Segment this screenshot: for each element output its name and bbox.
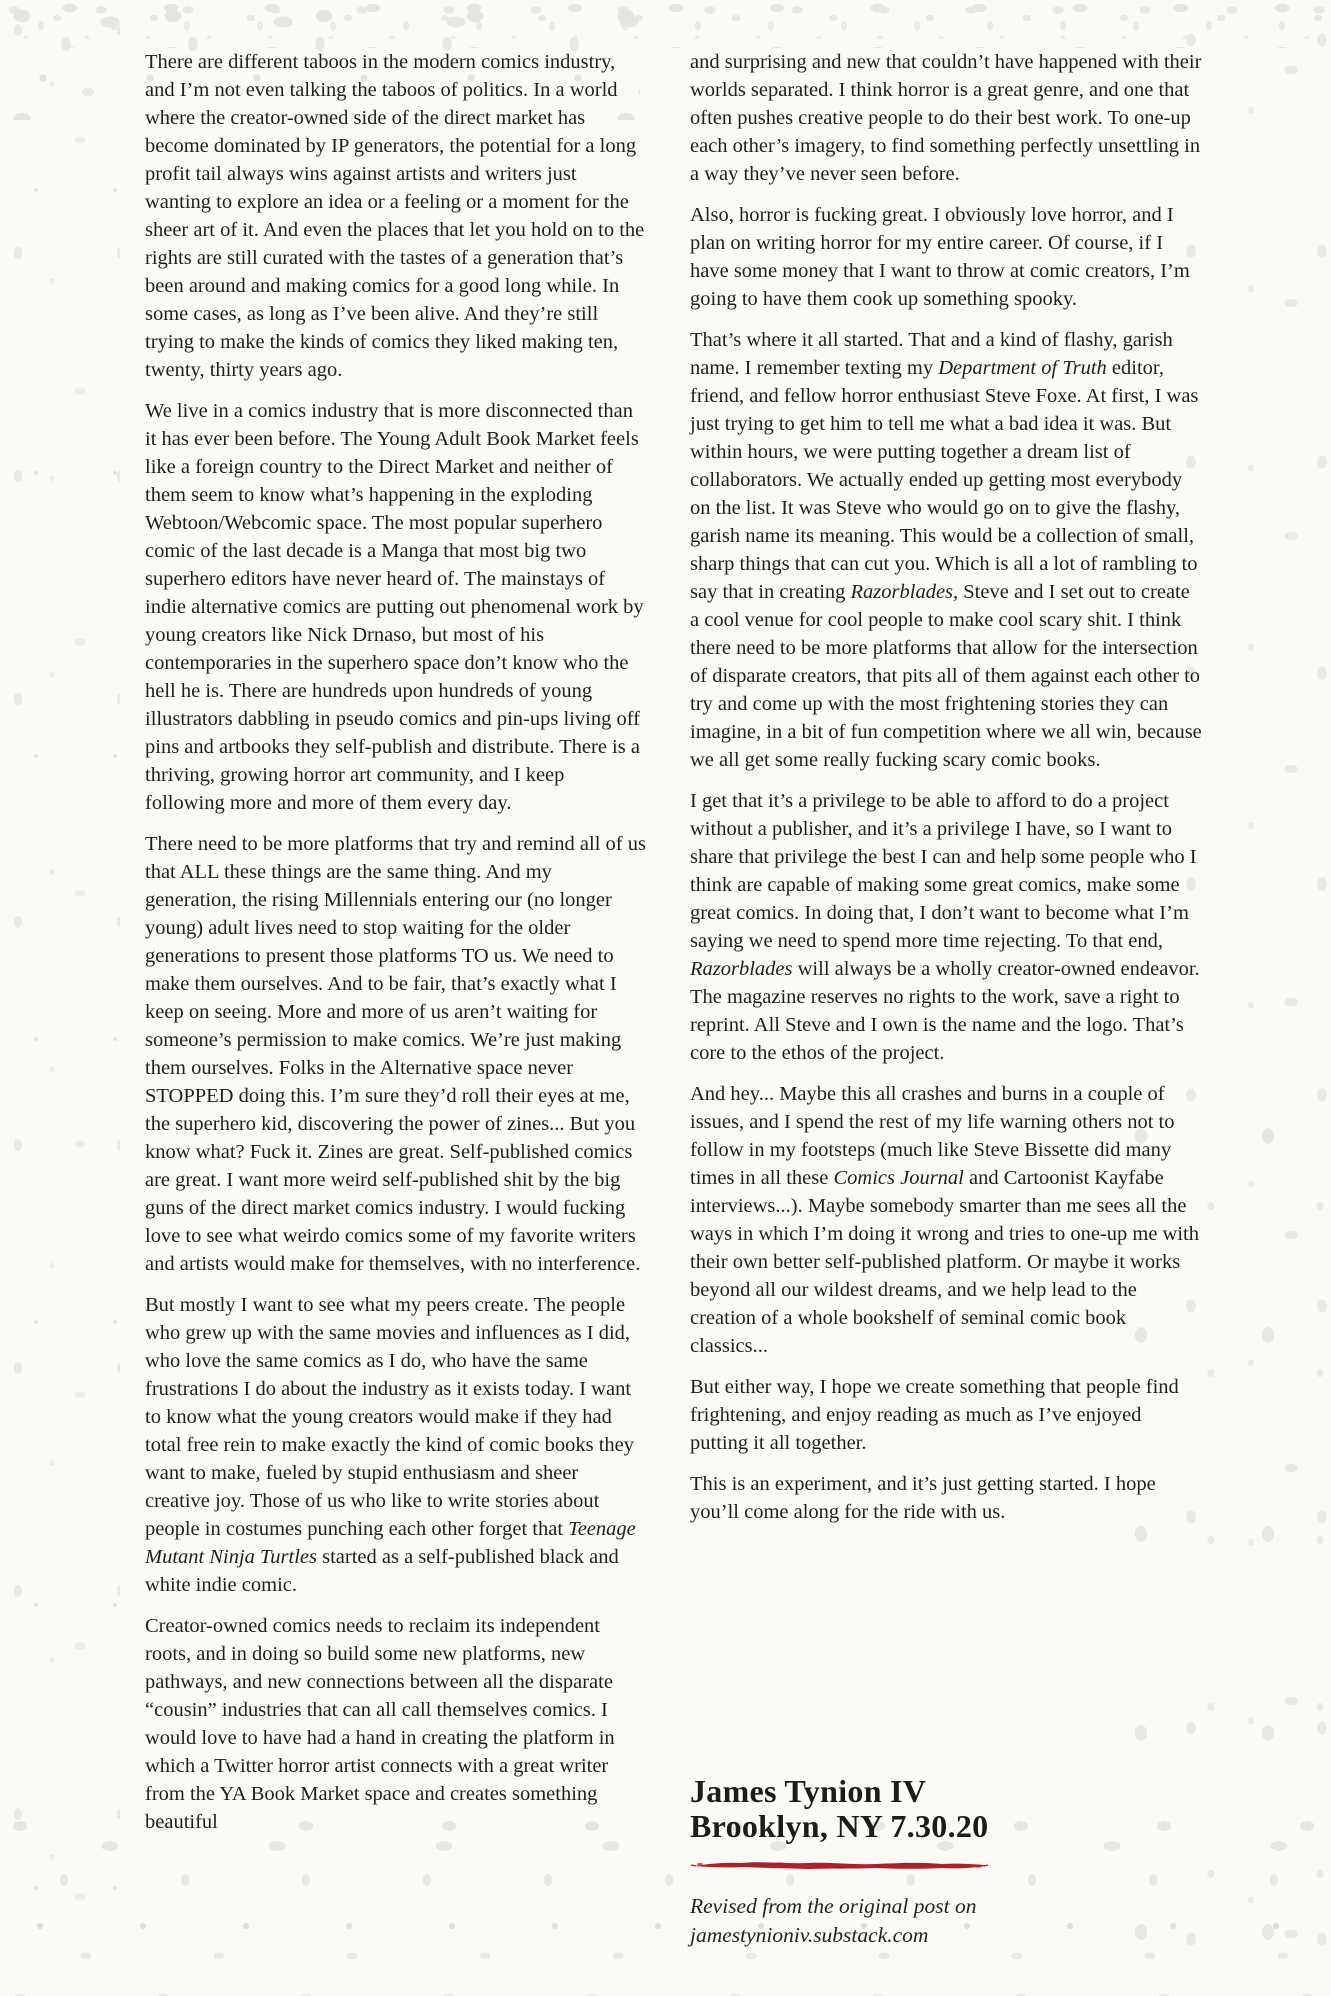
paragraph: But either way, I hope we create somethi… [690,1373,1204,1457]
body-text: and Cartoonist Kayfabe interviews...). M… [690,1167,1199,1357]
body-text: This is an experiment, and it’s just get… [690,1473,1156,1523]
body-text: and surprising and new that couldn’t hav… [690,51,1201,185]
paragraph: Creator-owned comics needs to reclaim it… [145,1612,647,1836]
body-text: There are different taboos in the modern… [145,51,644,381]
italic-text: Department of Truth [938,357,1107,379]
body-text: editor, friend, and fellow horror enthus… [690,357,1198,603]
paper-texture-top-edge [0,0,1331,48]
paragraph: and surprising and new that couldn’t hav… [690,48,1204,188]
italic-text: Razorblades [690,958,793,980]
body-text: There need to be more platforms that try… [145,833,646,1275]
paragraph: Also, horror is fucking great. I obvious… [690,201,1204,313]
body-text: We live in a comics industry that is mor… [145,400,644,814]
red-brush-underline [690,1856,990,1874]
body-text: Creator-owned comics needs to reclaim it… [145,1615,615,1833]
paragraph: That’s where it all started. That and a … [690,326,1204,774]
italic-text: Comics Journal [833,1167,963,1189]
credit-note: Revised from the original post on jamest… [690,1892,1210,1950]
paragraph: There need to be more platforms that try… [145,830,647,1278]
body-text: Also, horror is fucking great. I obvious… [690,204,1190,310]
left-column: There are different taboos in the modern… [145,48,647,1849]
paragraph: This is an experiment, and it’s just get… [690,1470,1204,1526]
body-text: I get that it’s a privilege to be able t… [690,790,1197,952]
paragraph: We live in a comics industry that is mor… [145,397,647,817]
body-text: , Steve and I set out to create a cool v… [690,581,1202,771]
credit-line-1: Revised from the original post on [690,1892,1210,1921]
italic-text: Razorblades [851,581,954,603]
author-name: James Tynion IV [690,1774,1210,1809]
printed-page: There are different taboos in the modern… [0,0,1331,1996]
body-text: But either way, I hope we create somethi… [690,1376,1179,1454]
paper-texture-left-edge [0,0,120,1996]
body-text: But mostly I want to see what my peers c… [145,1294,634,1540]
right-column: and surprising and new that couldn’t hav… [690,48,1204,1539]
signature-location-date: Brooklyn, NY 7.30.20 [690,1809,1210,1844]
credit-line-2: jamestynioniv.substack.com [690,1921,1210,1950]
signature-block: James Tynion IV Brooklyn, NY 7.30.20 Rev… [690,1774,1210,1950]
paragraph: But mostly I want to see what my peers c… [145,1291,647,1599]
paragraph: There are different taboos in the modern… [145,48,647,384]
paragraph: I get that it’s a privilege to be able t… [690,787,1204,1067]
paragraph: And hey... Maybe this all crashes and bu… [690,1080,1204,1360]
